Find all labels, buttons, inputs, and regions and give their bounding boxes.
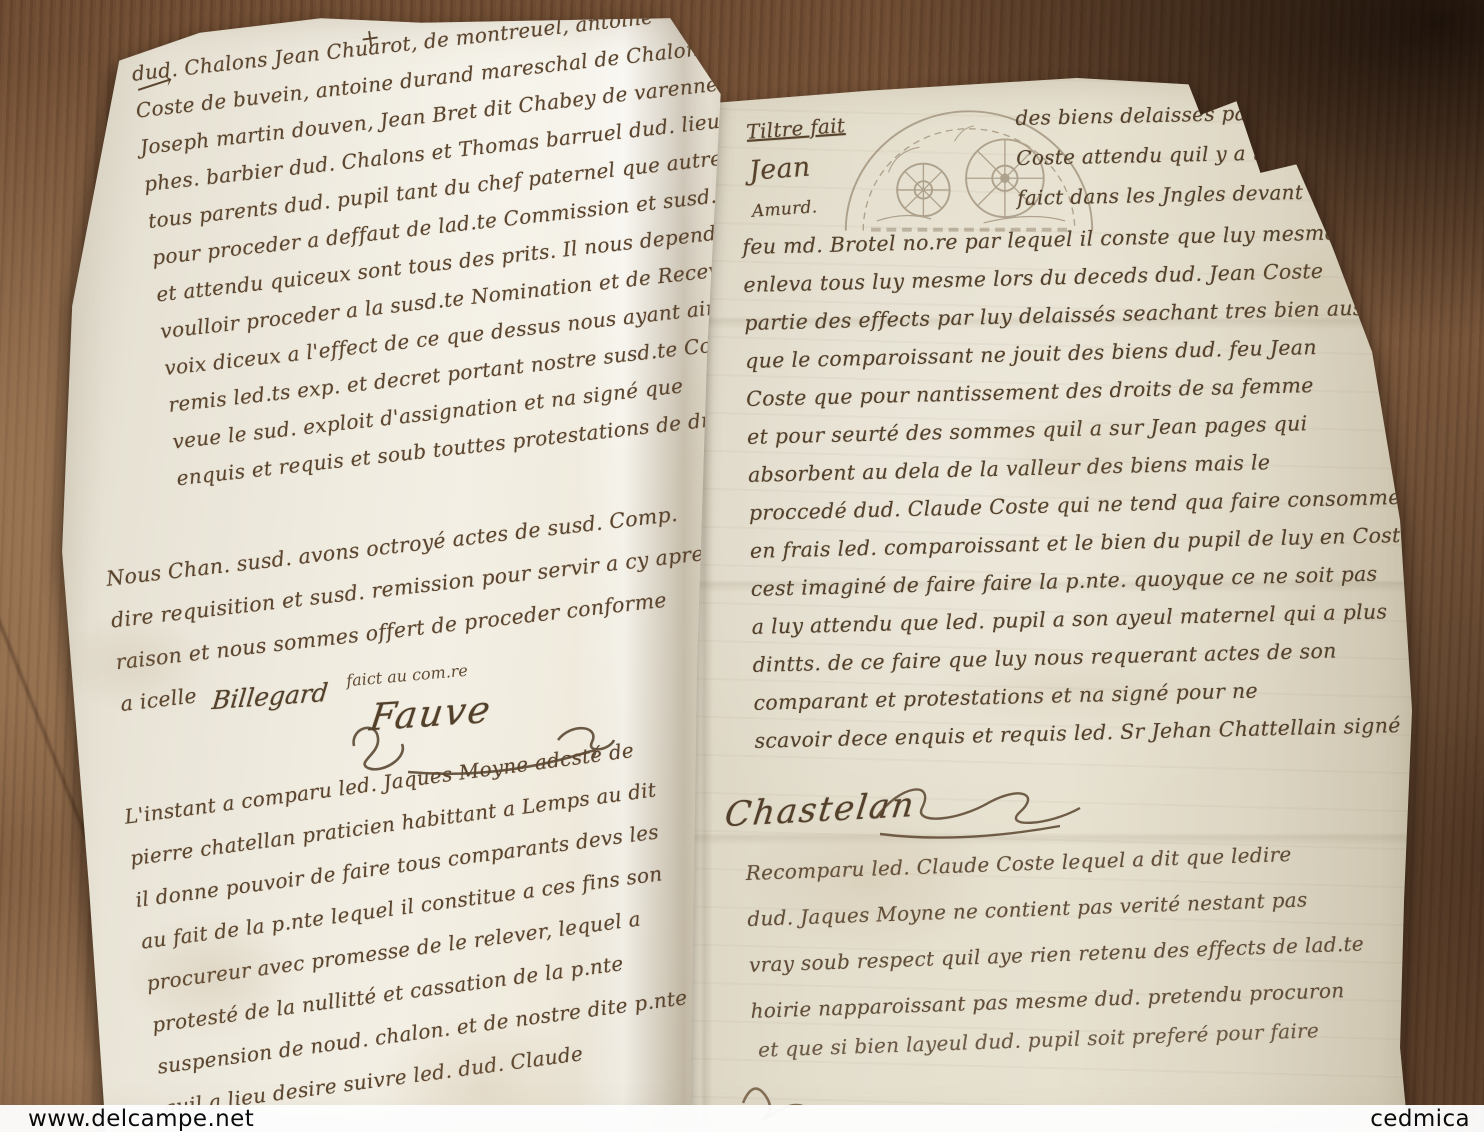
wooden-table-background	[0, 0, 1484, 1132]
watermark-seller: cedmica	[1370, 1106, 1470, 1132]
watermark-url: www.delcampe.net	[28, 1106, 254, 1132]
watermark-band: www.delcampe.net cedmica	[0, 1105, 1484, 1132]
photograph-of-manuscript: Tiltre faitJeanAmurd. des biens delaissé…	[0, 0, 1484, 1132]
